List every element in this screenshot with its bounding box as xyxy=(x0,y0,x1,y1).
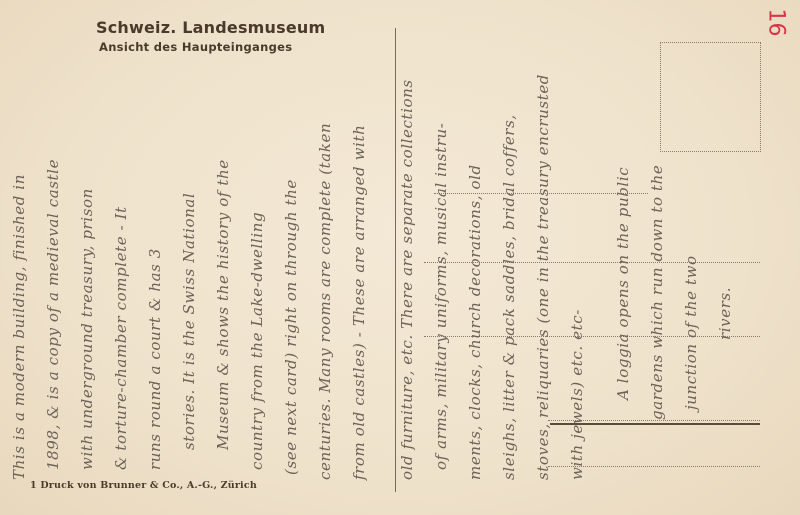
handwriting-line: stories. It is the Swiss National xyxy=(180,193,198,450)
stamp-box xyxy=(660,42,761,152)
handwriting-line: junction of the two xyxy=(682,255,700,410)
handwriting-line: A loggia opens on the public xyxy=(614,167,632,400)
handwriting-line: 1898, & is a copy of a medieval castle xyxy=(44,159,62,470)
page-number: 16 xyxy=(764,9,789,37)
message-address-divider xyxy=(395,28,396,492)
handwriting-line: rivers. xyxy=(716,287,734,340)
handwriting-line: from old castles) - These are arranged w… xyxy=(350,125,368,480)
handwriting-line: This is a modern building, finished in xyxy=(10,174,28,480)
handwriting-line: & torture-chamber complete - It xyxy=(112,206,130,470)
postcard-subtitle: Ansicht des Haupteinganges xyxy=(99,40,292,54)
postcard-title: Schweiz. Landesmuseum xyxy=(96,18,325,37)
handwriting-line: sleighs, litter & pack saddles, bridal c… xyxy=(500,114,518,480)
handwriting-line: with underground treasury, prison xyxy=(78,188,96,470)
handwriting-line: runs round a court & has 3 xyxy=(146,248,164,470)
handwriting-line: stoves, reliquaries (one in the treasury… xyxy=(534,74,552,480)
handwriting-line: Museum & shows the history of the xyxy=(214,159,232,450)
handwriting-line: country from the Lake-dwelling xyxy=(248,212,266,470)
handwriting-line: (see next card) right on through the xyxy=(282,179,300,475)
handwriting-line: of arms, military uniforms, musical inst… xyxy=(432,123,450,470)
postcard-back: Schweiz. Landesmuseum Ansicht des Haupte… xyxy=(0,0,800,515)
handwriting-line: with jewels) etc. etc- xyxy=(568,309,586,480)
handwriting-line: old furniture, etc. There are separate c… xyxy=(398,79,416,480)
handwriting-line: gardens which run down to the xyxy=(648,165,666,420)
printer-credit: 1 Druck von Brunner & Co., A.-G., Zürich xyxy=(30,480,257,491)
handwriting-line: ments, clocks, church decorations, old xyxy=(466,164,484,480)
handwriting-line: centuries. Many rooms are complete (take… xyxy=(316,123,334,480)
